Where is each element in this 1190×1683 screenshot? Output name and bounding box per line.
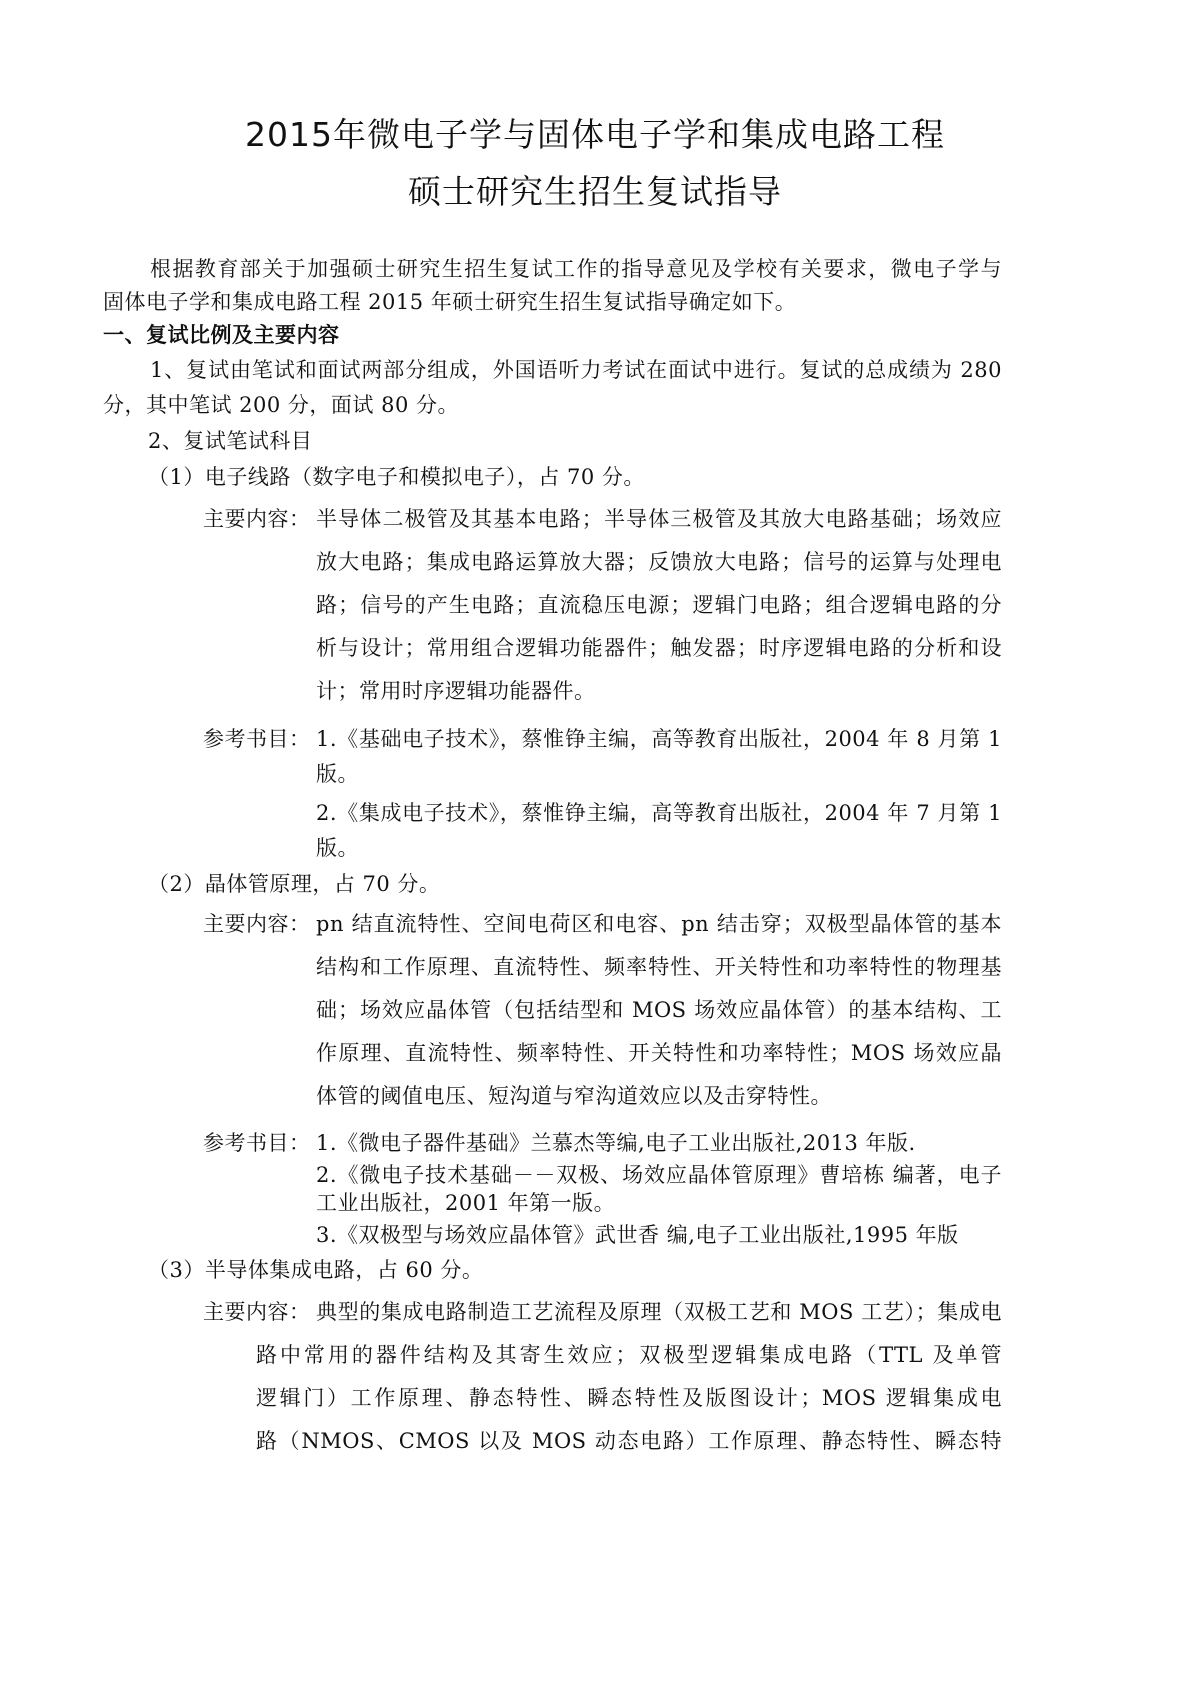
subject-3-content-label: 主要内容： (203, 1298, 311, 1326)
document-title-line2: 硕士研究生招生复试指导 (0, 172, 1190, 212)
subject-3-title: （3）半导体集成电路，占 60 分。 (148, 1256, 483, 1284)
subject-1-ref-line: 版。 (316, 760, 359, 788)
item-1-line-1: 1、复试由笔试和面试两部分组成，外国语听力考试在面试中进行。复试的总成绩为 28… (150, 356, 1002, 384)
subject-1-ref-line: 2.《集成电子技术》，蔡惟铮主编，高等教育出版社，2004 年 7 月第 1 (316, 799, 1002, 827)
intro-line-2: 固体电子学和集成电路工程 2015 年硕士研究生招生复试指导确定如下。 (103, 288, 796, 316)
subject-2-content-line: pn 结直流特性、空间电荷区和电容、pn 结击穿；双极型晶体管的基本 (316, 910, 1002, 938)
subject-1-content-line: 析与设计；常用组合逻辑功能器件；触发器；时序逻辑电路的分析和设 (316, 634, 1002, 662)
subject-2-content-line: 础；场效应晶体管（包括结型和 MOS 场效应晶体管）的基本结构、工 (316, 996, 1002, 1024)
subject-3-content-line: 典型的集成电路制造工艺流程及原理（双极工艺和 MOS 工艺）；集成电 (316, 1298, 1002, 1326)
section-1-heading: 一、复试比例及主要内容 (103, 321, 340, 349)
document-title-line1: 2015年微电子学与固体电子学和集成电路工程 (0, 115, 1190, 155)
subject-3-content-line: 路中常用的器件结构及其寄生效应；双极型逻辑集成电路（TTL 及单管 (256, 1341, 1002, 1369)
subject-2-ref-line: 2.《微电子技术基础－－双极、场效应晶体管原理》曹培栋 编著，电子 (316, 1161, 1002, 1189)
subject-1-ref-line: 版。 (316, 834, 359, 862)
subject-2-ref-line: 1.《微电子器件基础》兰慕杰等编,电子工业出版社,2013 年版. (316, 1129, 916, 1157)
subject-2-content-line: 结构和工作原理、直流特性、频率特性、开关特性和功率特性的物理基 (316, 953, 1002, 981)
item-2-heading: 2、复试笔试科目 (148, 427, 312, 455)
subject-1-content-line: 计；常用时序逻辑功能器件。 (316, 677, 596, 705)
subject-2-ref-line: 工业出版社，2001 年第一版。 (316, 1189, 615, 1217)
subject-1-content-line: 路；信号的产生电路；直流稳压电源；逻辑门电路；组合逻辑电路的分 (316, 591, 1002, 619)
subject-3-content-line: 路（NMOS、CMOS 以及 MOS 动态电路）工作原理、静态特性、瞬态特 (256, 1427, 1002, 1455)
subject-2-content-line: 作原理、直流特性、频率特性、开关特性和功率特性；MOS 场效应晶 (316, 1039, 1002, 1067)
subject-2-ref-line: 3.《双极型与场效应晶体管》武世香 编,电子工业出版社,1995 年版 (316, 1221, 959, 1249)
subject-1-ref-label: 参考书目： (203, 725, 311, 753)
subject-1-content-line: 放大电路；集成电路运算放大器；反馈放大电路；信号的运算与处理电 (316, 548, 1002, 576)
subject-1-content-line: 半导体二极管及其基本电路；半导体三极管及其放大电路基础；场效应 (316, 505, 1002, 533)
subject-3-content-line: 逻辑门）工作原理、静态特性、瞬态特性及版图设计；MOS 逻辑集成电 (256, 1384, 1002, 1412)
item-1-line-2: 分，其中笔试 200 分，面试 80 分。 (103, 391, 459, 419)
subject-1-content-label: 主要内容： (203, 505, 311, 533)
subject-2-content-line: 体管的阈值电压、短沟道与窄沟道效应以及击穿特性。 (316, 1082, 832, 1110)
intro-line-1: 根据教育部关于加强硕士研究生招生复试工作的指导意见及学校有关要求，微电子学与 (150, 255, 1002, 283)
subject-2-title: （2）晶体管原理，占 70 分。 (148, 870, 440, 898)
subject-1-title: （1）电子线路（数字电子和模拟电子），占 70 分。 (148, 463, 645, 491)
subject-2-ref-label: 参考书目： (203, 1129, 311, 1157)
subject-1-ref-line: 1.《基础电子技术》，蔡惟铮主编，高等教育出版社，2004 年 8 月第 1 (316, 725, 1002, 753)
subject-2-content-label: 主要内容： (203, 910, 311, 938)
